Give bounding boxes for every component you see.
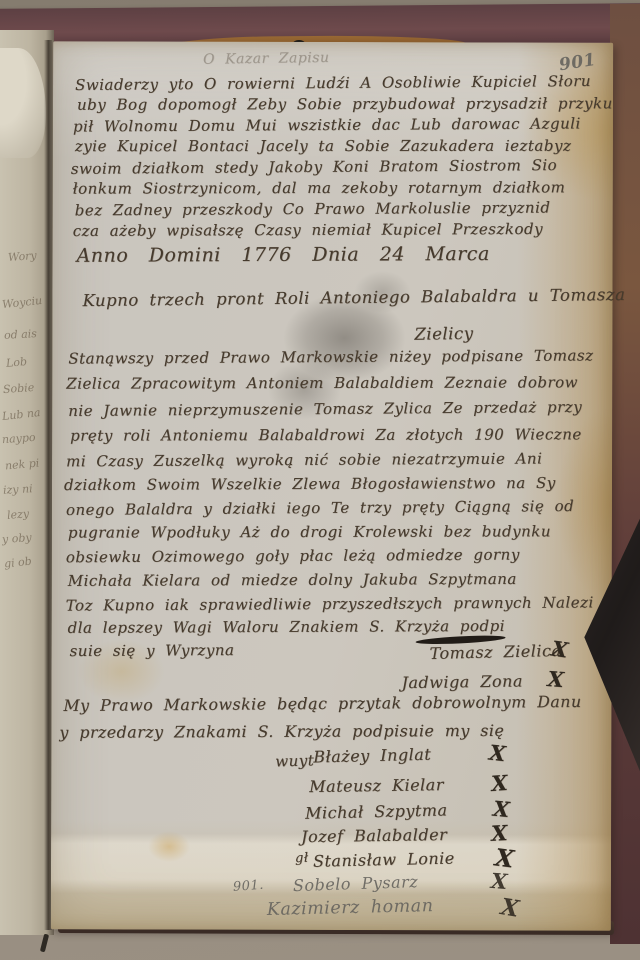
signature-name: Jadwiga Zona xyxy=(401,673,523,691)
date-line: Anno Domini 1776 Dnia 24 Marca xyxy=(77,245,490,266)
intro-line: pił Wolnomu Domu Mui wszistkie dac Lub d… xyxy=(73,116,581,134)
pencil-witness-x-mark: X xyxy=(499,895,520,921)
manuscript-page: O Kazar Zapisu 901 Swiaderzy yto O rowie… xyxy=(51,41,613,930)
deed-line: działkom Swoim Wszelkie Zlewa Błogosławi… xyxy=(64,476,556,493)
deed-line: suie się y Wyrzyna xyxy=(70,643,235,659)
witness-name: Stanisław Lonie xyxy=(313,850,455,869)
intro-line: uby Bog dopomogł Zeby Sobie przybudował … xyxy=(77,96,613,112)
intro-line: łonkum Siostrzynicom, dal ma zekoby rota… xyxy=(73,180,566,196)
margin-fragment: naypo xyxy=(2,431,36,446)
deed-line: pugranie Wpodłuky Aż do drogi Krolewski … xyxy=(68,524,551,540)
deed-line: Toz Kupno iak sprawiedliwie przyszedłszy… xyxy=(66,595,594,613)
deed-line: dla lepszey Wagi Waloru Znakiem S. Krzyż… xyxy=(68,619,505,636)
deed-line: mi Czasy Zuszelką wyroką nić sobie nieza… xyxy=(66,451,542,469)
deed-line: obsiewku Ozimowego goły płac leżą odmied… xyxy=(66,548,520,566)
witness-x-mark: X xyxy=(491,822,508,844)
faint-header: O Kazar Zapisu xyxy=(203,51,330,67)
witness-name: Błażey Inglat xyxy=(313,747,431,766)
intro-line: Swiaderzy yto O rowierni Ludźi A Osobliw… xyxy=(75,74,591,93)
intro-line: cza ażeby wpisałszę Czasy niemiał Kupice… xyxy=(73,222,543,239)
deed-title-line2: Zielicy xyxy=(414,326,473,343)
witness-x-mark: X xyxy=(491,772,509,794)
deed-title-line1: Kupno trzech pront Roli Antoniego Balaba… xyxy=(82,287,625,310)
intro-line: zyie Kupicel Bontaci Jacely ta Sobie Zaz… xyxy=(75,139,571,154)
intro-line: swoim działkom stedy Jakoby Koni Bratom … xyxy=(71,158,557,177)
row-mark: gł xyxy=(295,852,309,865)
witness-x-mark: X xyxy=(492,798,510,820)
signature-x-mark: X xyxy=(547,668,565,690)
closing-line: y przedarzy Znakami S. Krzyża podpisuie … xyxy=(59,723,504,741)
deed-line: onego Balaldra y działki iego Te trzy pr… xyxy=(66,499,574,518)
margin-fragment: y oby xyxy=(2,531,32,546)
margin-fragment: Sobie xyxy=(3,381,35,396)
witness-x-mark: X xyxy=(488,742,506,765)
deed-line: Michała Kielara od miedze dolny Jakuba S… xyxy=(68,572,517,589)
margin-fragment: lezy xyxy=(6,507,29,522)
closing-line: My Prawo Markowskie będąc przytak dobrow… xyxy=(63,694,581,714)
witness-name: Michał Szpytma xyxy=(305,802,448,821)
book-binding-right-edge xyxy=(610,4,640,944)
margin-fragment: od ais xyxy=(4,327,38,342)
margin-fragment: Wory xyxy=(8,249,37,264)
stray-pen-mark xyxy=(40,934,49,953)
deed-line: Stanąwszy przed Prawo Markowskie niżey p… xyxy=(68,348,593,366)
signature-x-mark: X xyxy=(550,638,569,661)
signature-name: Tomasz Zielica xyxy=(429,643,561,662)
pencil-witness-name: Sobelo Pysarz xyxy=(293,874,419,894)
page-number: 901 xyxy=(558,52,597,74)
deed-line: pręty roli Antoniemu Balabaldrowi Za zło… xyxy=(70,427,582,443)
pencil-witness-name: Kazimierz homan xyxy=(267,898,434,919)
witness-label-wuyt: wuyt xyxy=(275,753,314,769)
witness-name: Jozef Balabalder xyxy=(301,827,447,845)
intro-line: bez Zadney przeszkody Co Prawo Markolusl… xyxy=(75,200,551,218)
archival-photo: Wory Woyciu od ais Lob Sobie Lub na nayp… xyxy=(0,0,640,960)
deed-line: Zielica Zpracowitym Antoniem Balabaldiem… xyxy=(66,375,578,391)
deed-line: nie Jawnie nieprzymuszenie Tomasz Zylica… xyxy=(68,400,582,419)
pencil-witness-x-mark: X xyxy=(490,870,508,892)
margin-fragment: Lob xyxy=(5,355,27,370)
margin-number: 901. xyxy=(233,879,265,894)
witness-name: Mateusz Kielar xyxy=(309,777,444,795)
margin-fragment: izy ni xyxy=(3,482,33,497)
